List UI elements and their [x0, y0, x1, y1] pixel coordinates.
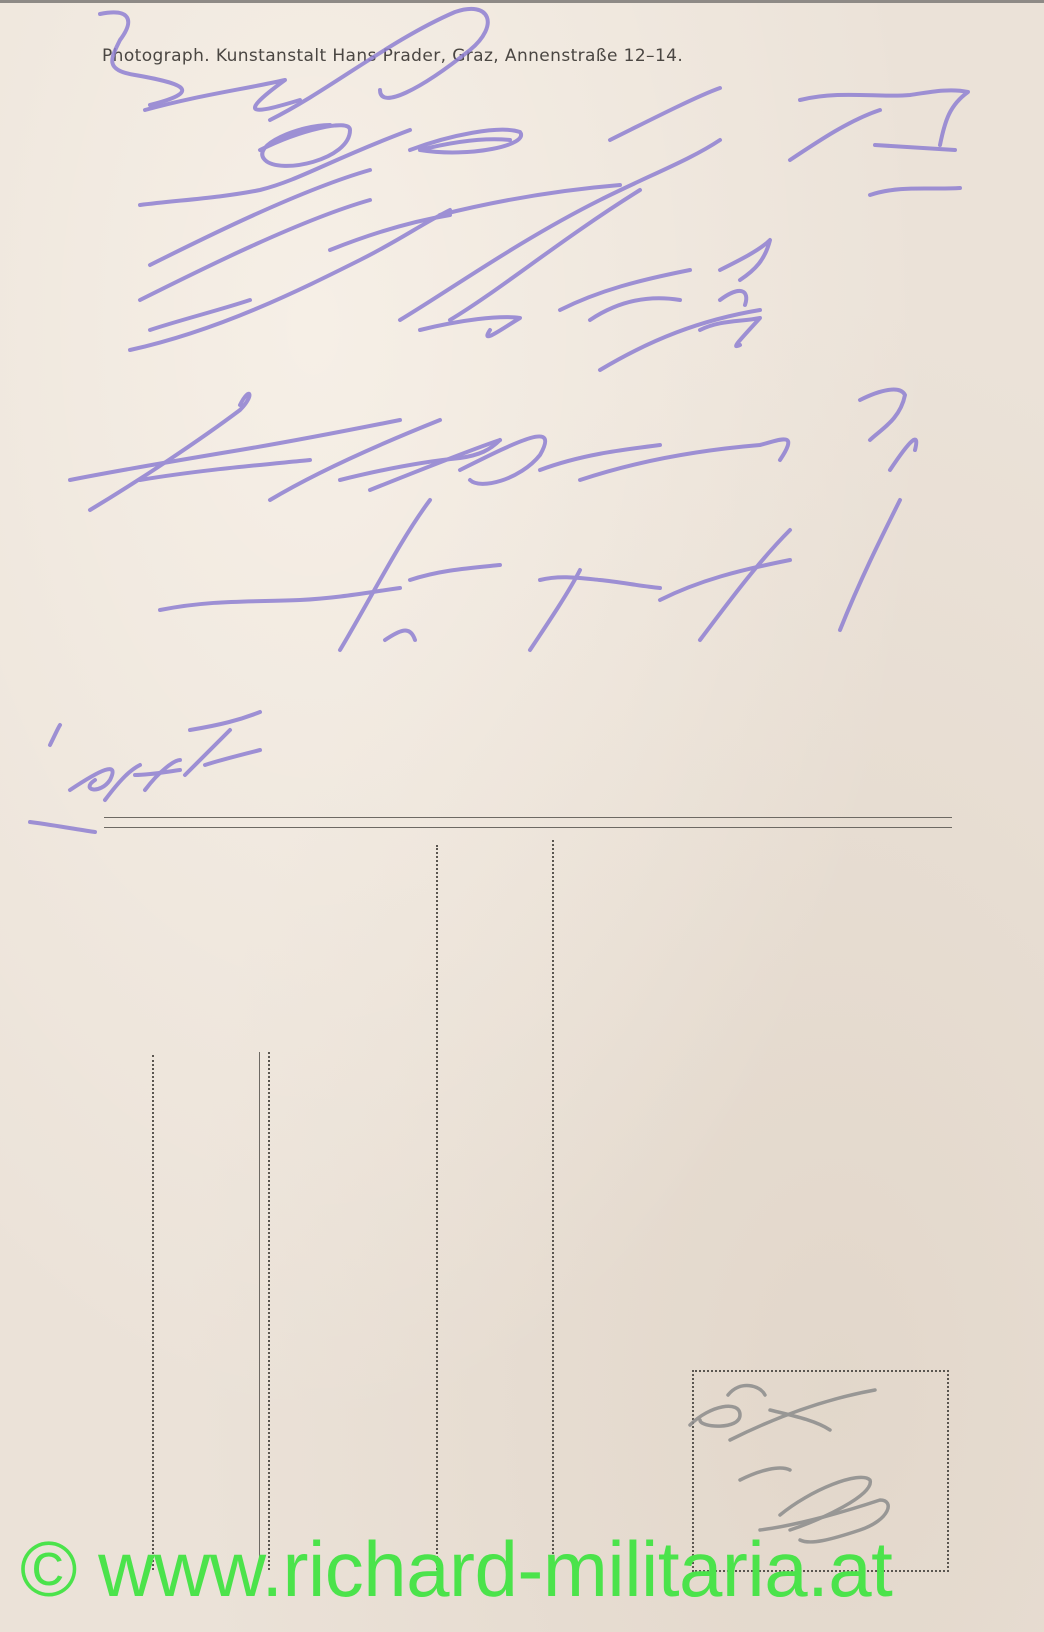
divider-line-top	[104, 817, 952, 819]
postcard-back: Photograph. Kunstanstalt Hans Prader, Gr…	[0, 0, 1044, 1632]
publisher-imprint: Photograph. Kunstanstalt Hans Prader, Gr…	[102, 46, 683, 66]
message-dotted-line-1	[152, 1055, 154, 1570]
copyright-watermark: © www.richard-militaria.at	[20, 1530, 892, 1608]
address-dotted-line-1	[436, 845, 438, 1570]
message-solid-line	[259, 1052, 260, 1570]
divider-line-bottom	[104, 827, 952, 829]
address-dotted-line-2	[552, 840, 554, 1570]
message-dotted-line-2	[268, 1052, 270, 1570]
scan-edge	[0, 0, 1044, 3]
